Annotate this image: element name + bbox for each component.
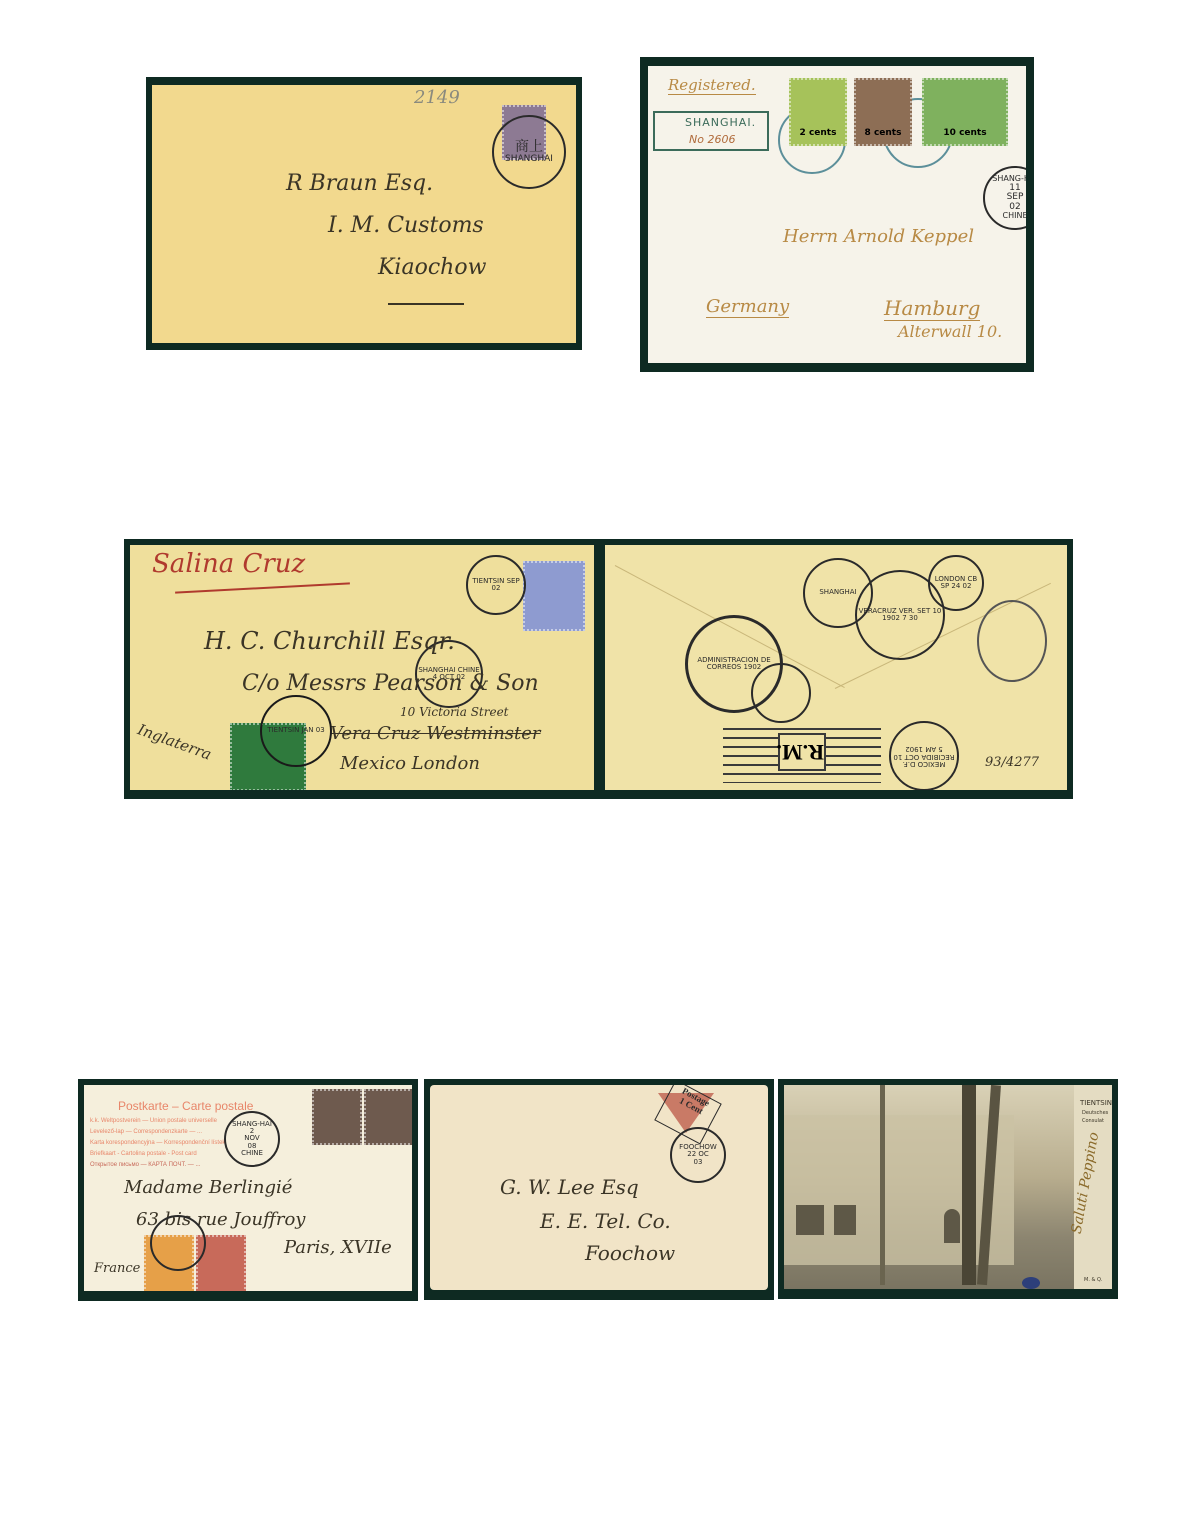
- machine-cancel-label: R.M.: [778, 733, 826, 771]
- redirect-note: Salina Cruz: [152, 549, 305, 579]
- country: France: [94, 1261, 140, 1276]
- address-line-1: R Braun Esq.: [286, 171, 433, 196]
- caption-line: Consulat: [1082, 1118, 1104, 1124]
- address-line-3: Paris, XVIIe: [284, 1237, 392, 1258]
- foochow-postmark: FOOCHOW 22 OC 03: [670, 1127, 726, 1183]
- window: [944, 1209, 960, 1243]
- address-line-3: Foochow: [585, 1241, 675, 1265]
- window: [796, 1205, 824, 1235]
- underline: [388, 303, 464, 305]
- postcard-header-line: Briefkaart - Cartolina postale - Post ca…: [90, 1151, 197, 1157]
- cover-3-front-envelope: Salina Cruz TIENTSIN SEP 02 SHANGHAI CHI…: [130, 545, 594, 790]
- pm-text: MEXICO D.F. RECIBIDA OCT 10 5 AM 1902: [891, 745, 957, 767]
- registration-box: SHANGHAI. No 2606: [653, 111, 769, 151]
- cover-4-frame: Postage 1 Cent FOOCHOW 22 OC 03 G. W. Le…: [424, 1079, 774, 1300]
- postcard-header-line: Karta korespondencyjna — Korrespondenční…: [90, 1140, 225, 1146]
- address-line-5: Mexico London: [340, 753, 480, 774]
- postmark-city: SHANGHAI: [505, 155, 553, 164]
- machine-cancel-rm: R.M.: [723, 721, 881, 783]
- stamp-value: 2 cents: [791, 128, 845, 138]
- postcard-1-stamp-brown-1: [312, 1089, 362, 1145]
- postcard-1-stamp-brown-2: [364, 1089, 412, 1145]
- cover-3-back-frame: SHANGHAI VERACRUZ VER. SET 10 1902 7 30 …: [599, 539, 1073, 799]
- address-line-3: Kiaochow: [378, 255, 486, 280]
- cover-1-envelope: 2149 商上 SHANGHAI R Braun Esq. I. M. Cust…: [152, 85, 576, 343]
- pm-year: 03: [694, 1159, 703, 1166]
- pm-country: CHINE: [241, 1150, 263, 1157]
- reg-number: No 2606: [689, 133, 735, 146]
- address-line-3: 10 Victoria Street: [400, 705, 509, 719]
- redirect-underline: [175, 582, 350, 593]
- stamp-value: 8 cents: [856, 128, 910, 138]
- pm-text: VERACRUZ VER. SET 10 1902 7 30: [857, 608, 943, 623]
- address-line-2: I. M. Customs: [328, 213, 484, 238]
- address-line-1: Madame Berlingié: [124, 1177, 292, 1198]
- cover-3-postmark-tientsin-1: TIENTSIN SEP 02: [466, 555, 526, 615]
- cover-2-stamp-8c: 8 cents: [854, 78, 912, 146]
- cover-3-back-envelope: SHANGHAI VERACRUZ VER. SET 10 1902 7 30 …: [605, 545, 1067, 790]
- address-line-3: Alterwall 10.: [898, 322, 1002, 341]
- postcard-header-line: k.k. Weltpostverein — Union postale univ…: [90, 1118, 217, 1124]
- ink-blot: [1022, 1277, 1040, 1289]
- postmark-partial-right: [977, 600, 1047, 682]
- cover-3-front-frame: Salina Cruz TIENTSIN SEP 02 SHANGHAI CHI…: [124, 539, 600, 799]
- address-line-4: Vera Cruz Westminster: [330, 723, 541, 744]
- address-line-1: Herrn Arnold Keppel: [783, 226, 974, 247]
- cover-2-envelope: Registered. SHANGHAI. No 2606 2 cents 8 …: [648, 66, 1026, 363]
- tree-trunk: [962, 1085, 976, 1285]
- country: Inglaterra: [135, 720, 214, 763]
- tree-trunk: [880, 1085, 885, 1285]
- postcard-header-line: Levelező-lap — Correspondenzkarte — ...: [90, 1129, 202, 1135]
- postcard-header: Postkarte – Carte postale: [118, 1099, 253, 1113]
- reg-city: SHANGHAI.: [685, 116, 756, 129]
- postcard-2-frame: TIENTSIN Deutsches Consulat Saluti Peppi…: [778, 1079, 1118, 1299]
- country: Germany: [706, 296, 789, 318]
- cover-1-annotation: 2149: [414, 87, 460, 108]
- cover-3-stamp-blue: [523, 561, 585, 631]
- cover-1-postmark: 商上 SHANGHAI: [492, 115, 566, 189]
- postcard-header-line: Открытое письмо — КАРТА ПОЧТ. — ...: [90, 1162, 200, 1168]
- cover-2-stamp-2c: 2 cents: [789, 78, 847, 146]
- caption-title: TIENTSIN: [1080, 1099, 1112, 1107]
- cover-2-stamp-10c: 10 cents: [922, 78, 1008, 146]
- caption-line: Deutsches: [1082, 1110, 1108, 1116]
- address-line-1: G. W. Lee Esq: [500, 1175, 639, 1199]
- cover-2-postmark-shanghai: SHANG-HAI 11 SEP 02 CHINE: [983, 166, 1026, 230]
- postcard-1-frame: Postkarte – Carte postale k.k. Weltpostv…: [78, 1079, 418, 1301]
- cover-3-back-annotation: 93/4277: [985, 755, 1039, 770]
- pm-text: TIENTSIN SEP 02: [468, 578, 524, 593]
- postmark-mexico-recibida: MEXICO D.F. RECIBIDA OCT 10 5 AM 1902: [889, 721, 959, 790]
- postcard-1-postmark: SHANG-HAI 2 NOV 08 CHINE: [224, 1111, 280, 1167]
- address-line-2: Hamburg: [884, 296, 980, 321]
- postmark-london: LONDON CB SP 24 02: [928, 555, 984, 611]
- registered-label: Registered.: [668, 76, 756, 95]
- cover-4-envelope: Postage 1 Cent FOOCHOW 22 OC 03 G. W. Le…: [430, 1085, 768, 1290]
- pm-text: LONDON CB SP 24 02: [930, 576, 982, 591]
- postmark-small-overlap: [751, 663, 811, 723]
- pm-text: SHANGHAI: [819, 589, 856, 596]
- address-line-2: C/o Messrs Pearson & Son: [242, 671, 539, 696]
- address-line-2: E. E. Tel. Co.: [540, 1209, 671, 1233]
- postcard-1-stamp-cancel: [150, 1215, 206, 1271]
- publisher: M. & Q.: [1084, 1277, 1103, 1283]
- postcard-2-card: TIENTSIN Deutsches Consulat Saluti Peppi…: [784, 1085, 1112, 1289]
- stamp-value: 10 cents: [924, 128, 1006, 138]
- pm-country: CHINE: [1003, 212, 1027, 220]
- cover-3-postmark-tientsin-2: TIENTSIN JAN 03: [260, 695, 332, 767]
- window: [834, 1205, 856, 1235]
- address-line-1: H. C. Churchill Esqr.: [204, 627, 455, 655]
- postcard-1-card: Postkarte – Carte postale k.k. Weltpostv…: [84, 1085, 412, 1291]
- pm-text: TIENTSIN JAN 03: [267, 727, 324, 734]
- postmark-chars: 商上: [515, 140, 543, 155]
- cover-1-frame: 2149 商上 SHANGHAI R Braun Esq. I. M. Cust…: [146, 77, 582, 350]
- cover-2-frame: Registered. SHANGHAI. No 2606 2 cents 8 …: [640, 57, 1034, 372]
